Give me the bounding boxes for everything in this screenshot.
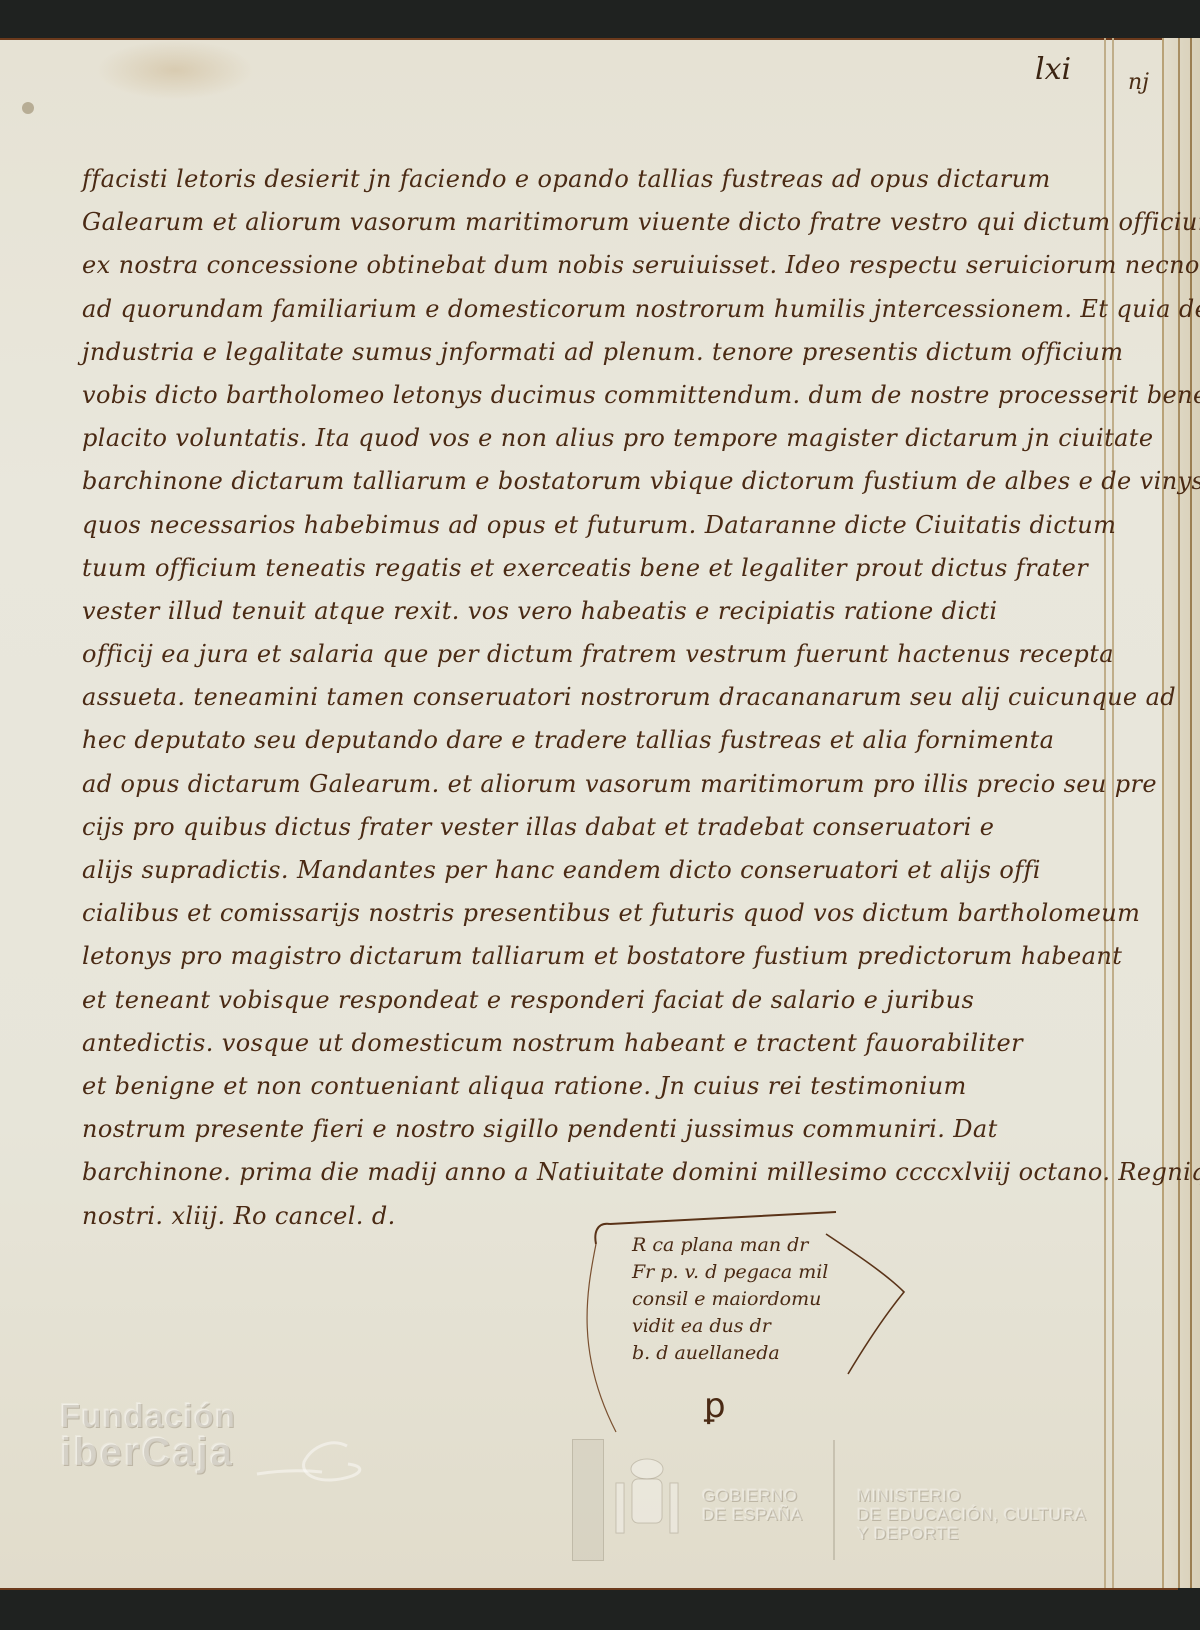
watermark-line: DE EDUCACIÓN, CULTURA (857, 1505, 1086, 1524)
water-stain (95, 40, 255, 100)
text-line: vobis dicto bartholomeo letonys ducimus … (82, 374, 1032, 417)
manuscript-body-text: ffacisti letoris desierit jn faciendo e … (82, 158, 1032, 1238)
watermark-line: Y DEPORTE (857, 1524, 1086, 1543)
gobierno-espana-watermark: GOBIERNO DE ESPAÑA (702, 1486, 803, 1524)
spain-flag-band-icon (572, 1439, 604, 1561)
watermark-line: iberCaja (60, 1434, 236, 1470)
watermark-line: GOBIERNO (702, 1486, 803, 1505)
text-line: et benigne et non contueniant aliqua rat… (82, 1065, 1032, 1108)
text-line: ffacisti letoris desierit jn faciendo e … (82, 158, 1032, 201)
text-line: officij ea jura et salaria que per dictu… (82, 633, 1032, 676)
watermark-divider (833, 1440, 835, 1560)
text-line: assueta. teneamini tamen conseruatori no… (82, 676, 1032, 719)
text-line: nostrum presente fieri e nostro sigillo … (82, 1108, 1032, 1151)
text-line: et teneant vobisque respondeat e respond… (82, 979, 1032, 1022)
text-line: tuum officium teneatis regatis et exerce… (82, 547, 1032, 590)
text-line: vester illud tenuit atque rexit. vos ver… (82, 590, 1032, 633)
text-line: cialibus et comissarijs nostris presenti… (82, 892, 1032, 935)
annotation-line: consil e maiordomu (632, 1286, 828, 1313)
ministerio-watermark: MINISTERIO DE EDUCACIÓN, CULTURA Y DEPOR… (857, 1486, 1086, 1543)
text-line: placito voluntatis. Ita quod vos e non a… (82, 417, 1032, 460)
text-line: ad quorundam familiarium e domesticorum … (82, 288, 1032, 331)
ink-spot (22, 102, 34, 114)
running-mark: nj (1128, 70, 1149, 95)
text-line: ad opus dictarum Galearum. et aliorum va… (82, 763, 1032, 806)
chancery-annotation: R ca plana man dr Fr p. v. d pegaca mil … (586, 1196, 926, 1456)
text-line: Galearum et aliorum vasorum maritimorum … (82, 201, 1032, 244)
folio-number: lxi (1035, 52, 1071, 87)
text-line: hec deputato seu deputando dare e trader… (82, 719, 1032, 762)
text-line: ex nostra concessione obtinebat dum nobi… (82, 244, 1032, 287)
annotation-line: Fr p. v. d pegaca mil (632, 1259, 828, 1286)
text-line: alijs supradictis. Mandantes per hanc ea… (82, 849, 1032, 892)
text-line: jndustria e legalitate sumus jnformati a… (82, 331, 1032, 374)
text-line: quos necessarios habebimus ad opus et fu… (82, 504, 1032, 547)
watermark-line: MINISTERIO (857, 1486, 1086, 1505)
watermark-line: DE ESPAÑA (702, 1505, 803, 1524)
text-line: barchinone. prima die madij anno a Natiu… (82, 1151, 1032, 1194)
annotation-line: vidit ea dus dr (632, 1313, 828, 1340)
ibercaja-logo-icon (252, 1432, 372, 1492)
text-line: antedictis. vosque ut domesticum nostrum… (82, 1022, 1032, 1065)
fundacion-ibercaja-watermark: Fundación iberCaja (60, 1398, 236, 1470)
text-line: cijs pro quibus dictus frater vester ill… (82, 806, 1032, 849)
annotation-line: b. d auellaneda (632, 1340, 828, 1367)
text-line: barchinone dictarum talliarum e bostator… (82, 460, 1032, 503)
spain-coat-of-arms-icon (612, 1455, 682, 1545)
annotation-line: R ca plana man dr (632, 1232, 828, 1259)
watermark-line: Fundación (60, 1398, 236, 1434)
signature-mark: ꝑ (704, 1386, 726, 1426)
text-line: letonys pro magistro dictarum talliarum … (82, 935, 1032, 978)
